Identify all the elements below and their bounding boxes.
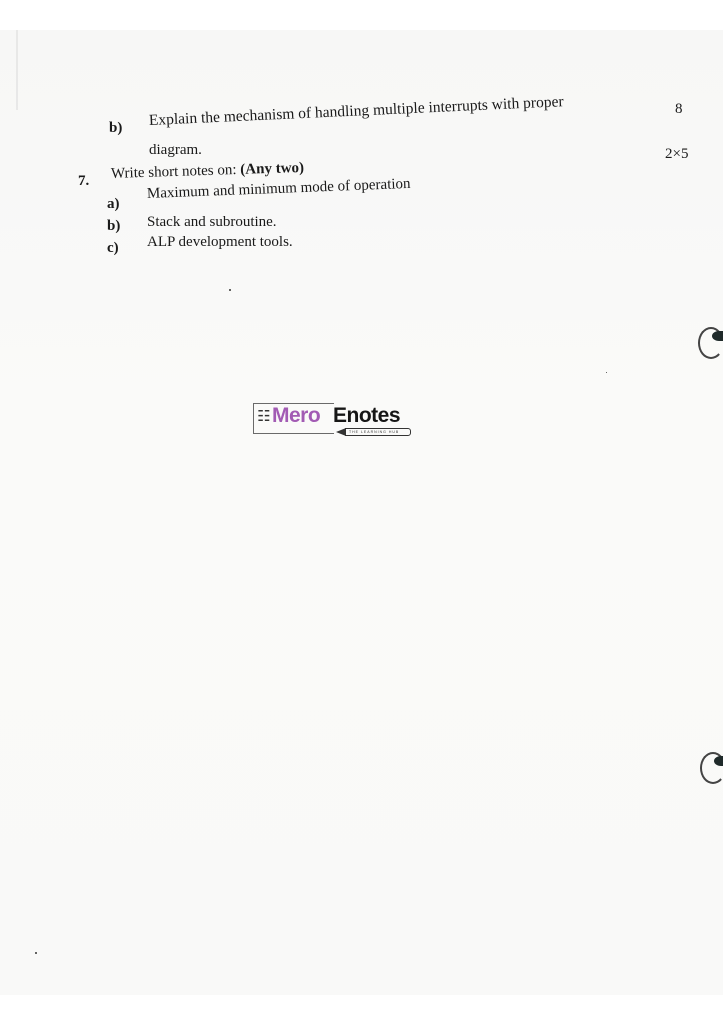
- question-7-choice-note: (Any two): [240, 160, 304, 178]
- scan-speck: [229, 289, 231, 291]
- question-6b-label: b): [109, 120, 122, 137]
- scanned-page: [0, 30, 723, 995]
- question-7-prompt: Write short notes on:: [111, 162, 241, 182]
- question-7c-label: c): [107, 240, 119, 257]
- punch-hole-artifact: [698, 327, 723, 359]
- scan-speck: [35, 952, 37, 954]
- question-7-marks: 2×5: [665, 146, 688, 163]
- scan-speck: [606, 372, 607, 373]
- question-7a-label: a): [107, 196, 120, 213]
- punch-hole-artifact: [700, 752, 723, 784]
- question-7c-text: ALP development tools.: [147, 234, 293, 251]
- scan-edge-artifact: [16, 30, 18, 110]
- question-6b-text-continued: diagram.: [149, 142, 202, 159]
- logo-brand-enotes: Enotes: [333, 404, 400, 428]
- watermark-logo: ☷ Mero Enotes THE LEARNING HUB: [253, 401, 411, 435]
- question-6b-marks: 8: [675, 101, 683, 118]
- logo-tagline: THE LEARNING HUB: [349, 428, 399, 436]
- reading-person-icon: ☷: [255, 407, 273, 427]
- question-7b-text: Stack and subroutine.: [147, 214, 277, 231]
- logo-brand-mero: Mero: [272, 404, 320, 428]
- question-7b-label: b): [107, 218, 120, 235]
- question-7-number: 7.: [78, 173, 89, 190]
